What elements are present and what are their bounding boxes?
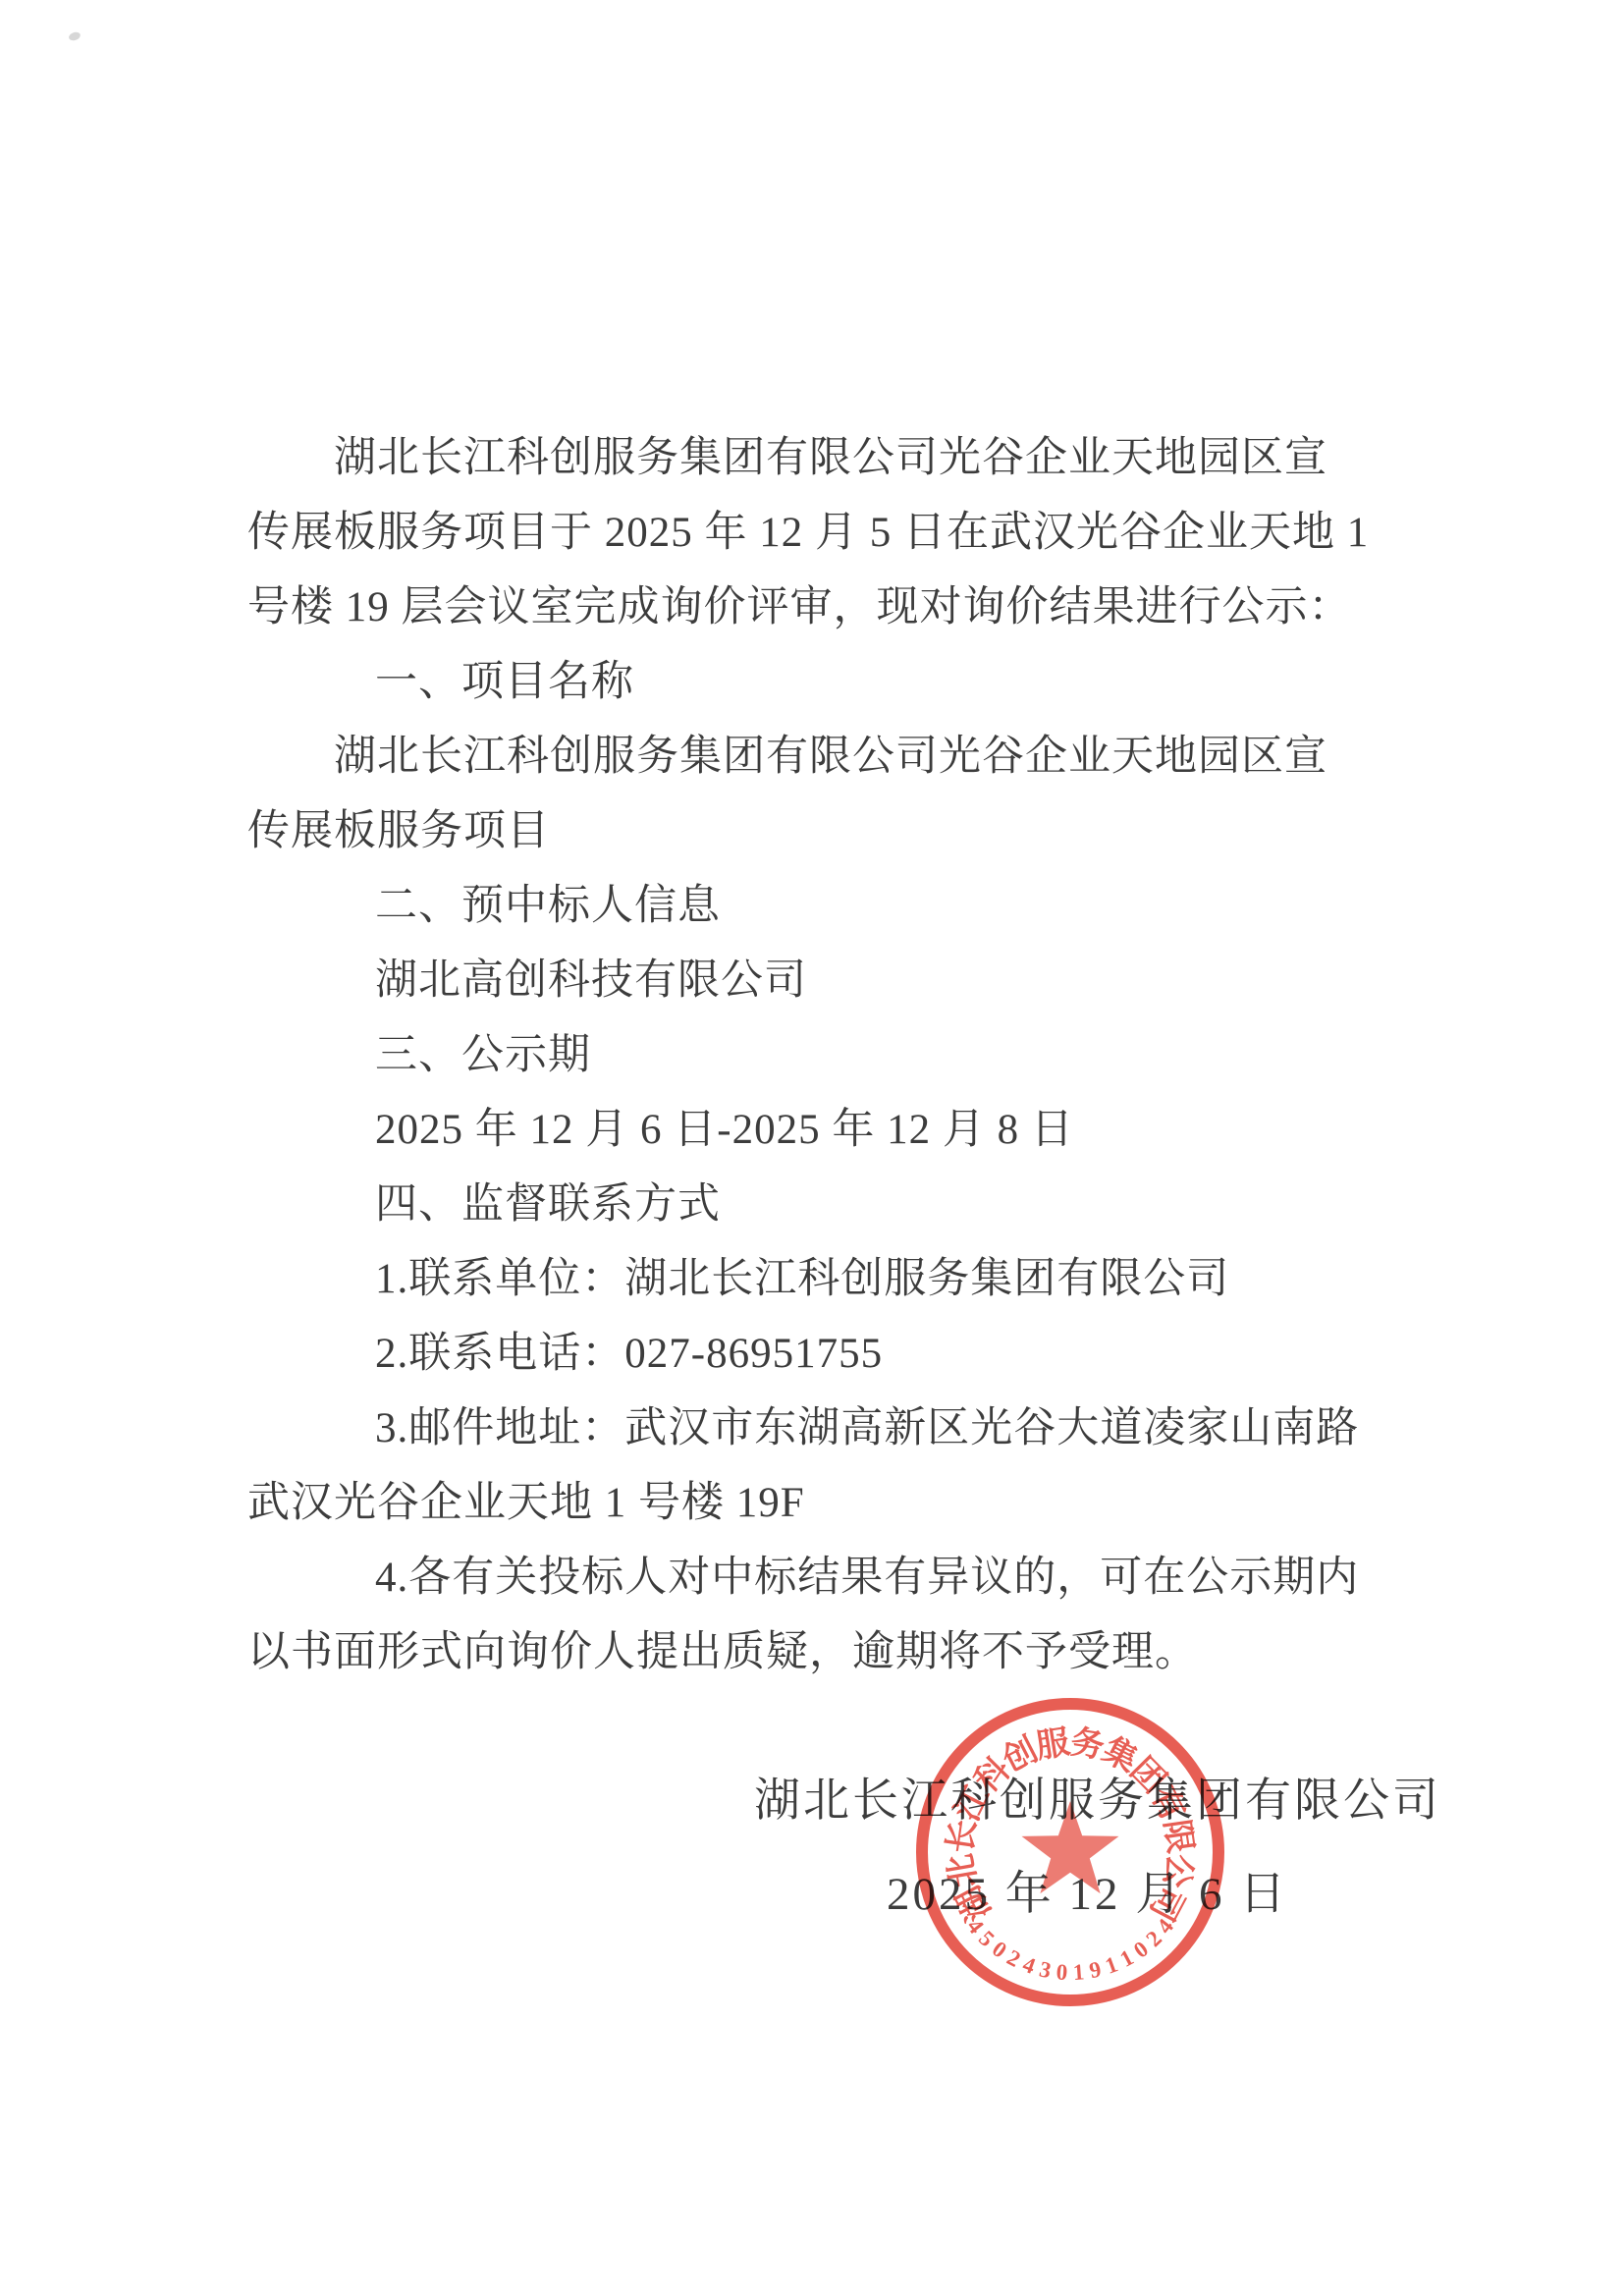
svg-text:限: 限 [1158, 1817, 1200, 1855]
section-heading-3: 三、公示期 [247, 1018, 1367, 1093]
scan-artifact-dot [68, 30, 81, 41]
svg-text:服: 服 [1034, 1723, 1073, 1766]
project-name-line: 传展板服务项目 [247, 794, 1367, 869]
publicity-period: 2025 年 12 月 6 日-2025 年 12 月 8 日 [247, 1093, 1367, 1168]
contact-phone-line: 2.联系电话：027-86951755 [247, 1317, 1367, 1392]
intro-line: 号楼 19 层会议室完成询价评审，现对询价结果进行公示： [247, 571, 1367, 645]
seal-star [1022, 1801, 1119, 1893]
svg-text:1: 1 [1072, 1959, 1085, 1985]
svg-text:3: 3 [1037, 1956, 1053, 1983]
objection-line: 4.各有关投标人对中标结果有异议的，可在公示期内 [247, 1541, 1367, 1615]
winner-name: 湖北高创科技有限公司 [247, 944, 1367, 1018]
company-seal-stamp: 湖北长江科创服务集团有限公司 42011910342054 [911, 1693, 1229, 2011]
section-heading-2: 二、预中标人信息 [247, 869, 1367, 944]
mail-address-line: 武汉光谷企业天地 1 号楼 19F [247, 1466, 1367, 1541]
objection-line: 以书面形式向询价人提出质疑，逾期将不予受理。 [247, 1615, 1367, 1690]
section-heading-4: 四、监督联系方式 [247, 1168, 1367, 1242]
svg-text:北: 北 [943, 1851, 984, 1890]
contact-unit-line: 1.联系单位：湖北长江科创服务集团有限公司 [247, 1242, 1367, 1317]
svg-text:0: 0 [1056, 1959, 1068, 1985]
mail-address-line: 3.邮件地址：武汉市东湖高新区光谷大道凌家山南路 [247, 1392, 1367, 1466]
intro-line: 湖北长江科创服务集团有限公司光谷企业天地园区宣 [247, 421, 1367, 496]
section-heading-1: 一、项目名称 [247, 645, 1367, 720]
intro-line: 传展板服务项目于 2025 年 12 月 5 日在武汉光谷企业天地 1 [247, 496, 1367, 571]
notice-body: 湖北长江科创服务集团有限公司光谷企业天地园区宣 传展板服务项目于 2025 年 … [247, 421, 1367, 1690]
scanned-notice-page: 湖北长江科创服务集团有限公司光谷企业天地园区宣 传展板服务项目于 2025 年 … [0, 0, 1624, 2296]
project-name-line: 湖北长江科创服务集团有限公司光谷企业天地园区宣 [247, 720, 1367, 794]
svg-text:4: 4 [1019, 1951, 1039, 1979]
svg-text:9: 9 [1087, 1956, 1103, 1983]
